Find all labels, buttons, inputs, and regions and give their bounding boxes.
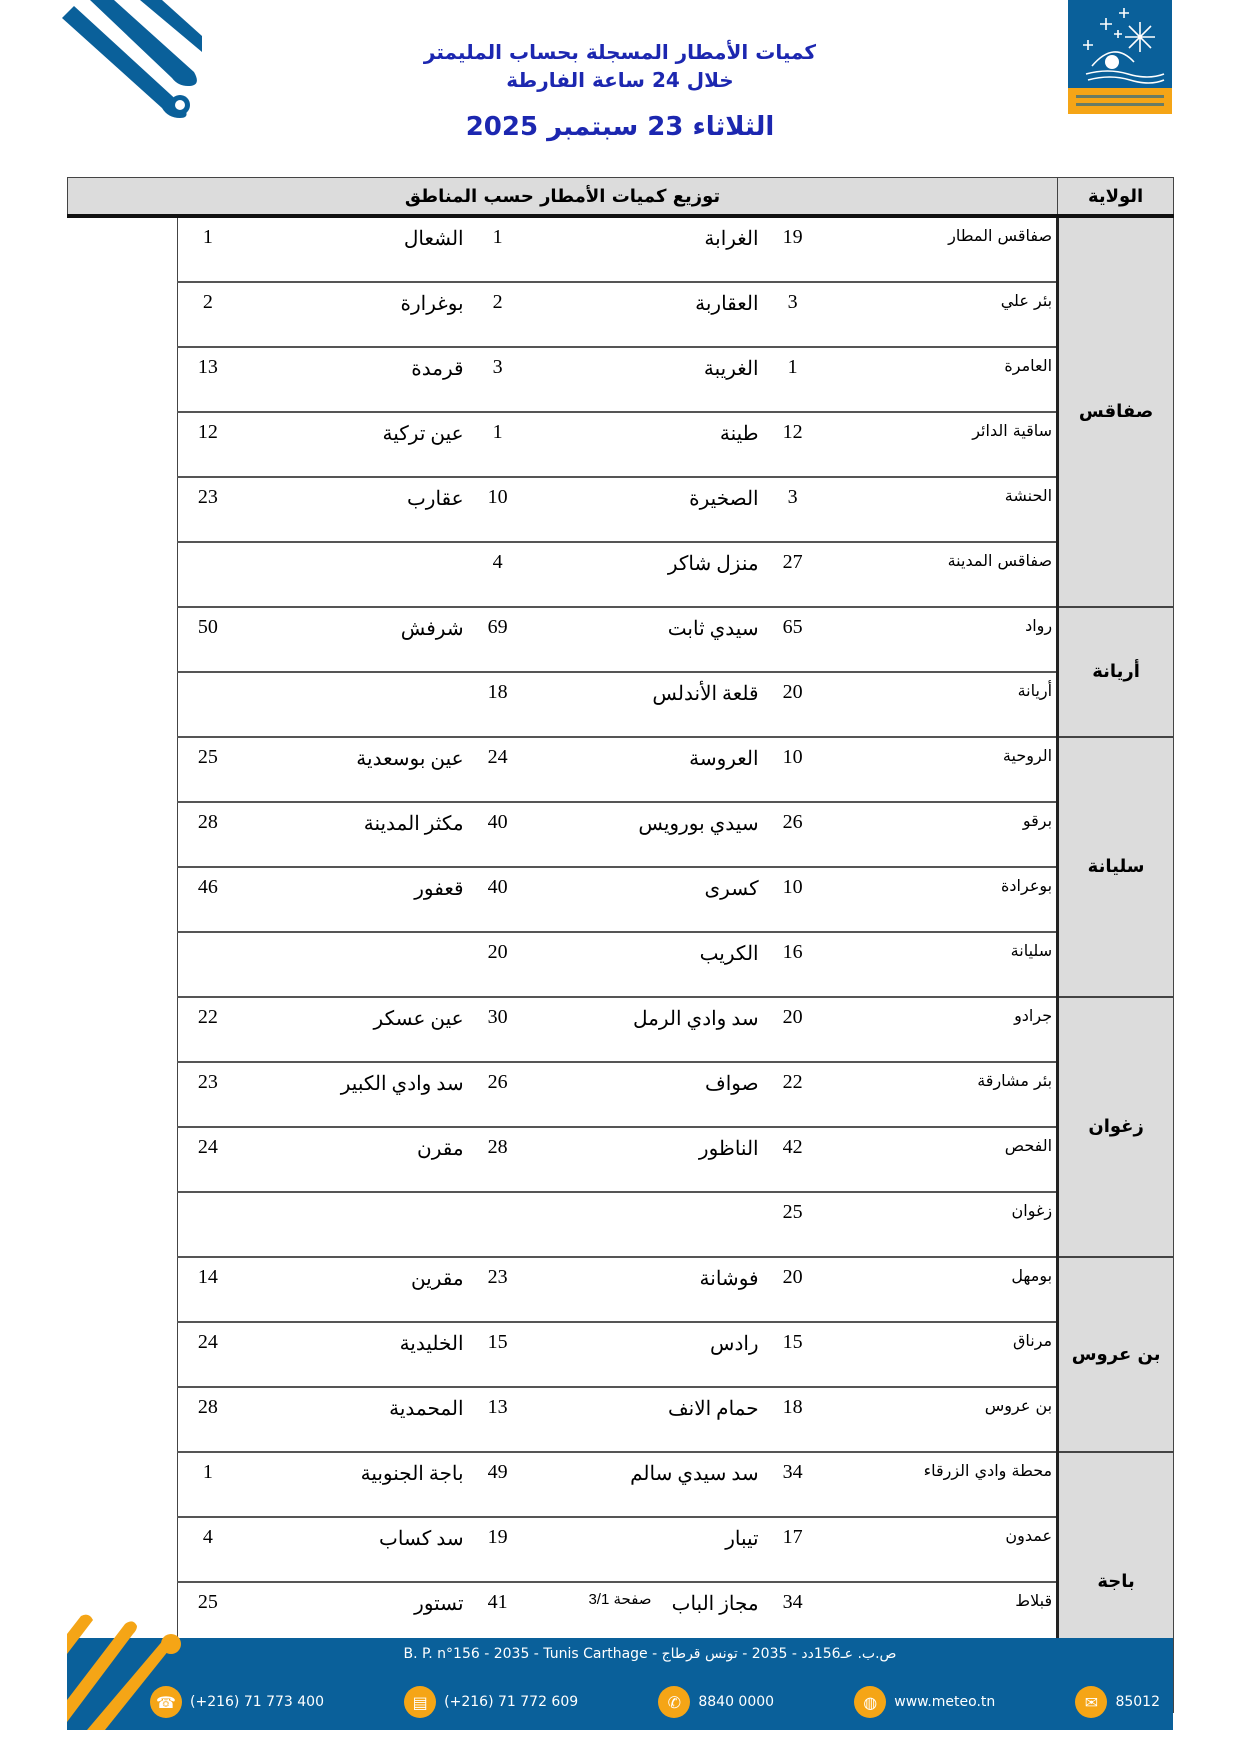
rainfall-value: 20 bbox=[468, 932, 528, 997]
station-name: بومهل bbox=[823, 1257, 1058, 1322]
rainfall-value: 23 bbox=[178, 1062, 238, 1127]
rainfall-value: 69 bbox=[468, 607, 528, 672]
rainfall-value: 26 bbox=[763, 802, 823, 867]
station-name: الكريب bbox=[528, 932, 763, 997]
station-name: عين بوسعدية bbox=[238, 737, 468, 802]
rainfall-value bbox=[178, 672, 238, 737]
rainfall-value: 19 bbox=[468, 1517, 528, 1582]
station-name: عين عسكر bbox=[238, 997, 468, 1062]
station-name: الغريبة bbox=[528, 347, 763, 412]
sms-icon: ✉ bbox=[1075, 1686, 1107, 1718]
contact-text[interactable]: www.meteo.tn bbox=[894, 1694, 995, 1710]
governorate-column-header: الولاية bbox=[1058, 178, 1174, 217]
rainfall-value: 42 bbox=[763, 1127, 823, 1192]
table-row: بن عروس18حمام الانف13المحمدية28 bbox=[68, 1387, 1174, 1452]
rainfall-value: 12 bbox=[763, 412, 823, 477]
station-name: سد وادي الكبير bbox=[238, 1062, 468, 1127]
table-row: برقو26سيدي بورويس40مكثر المدينة28 bbox=[68, 802, 1174, 867]
station-name: العروسة bbox=[528, 737, 763, 802]
governorate-cell: سليانة bbox=[1058, 737, 1174, 997]
rainfall-value: 3 bbox=[763, 282, 823, 347]
station-name: شرفش bbox=[238, 607, 468, 672]
table-row: بئر علي3العقاربة2بوغرارة2 bbox=[68, 282, 1174, 347]
station-name: جرادو bbox=[823, 997, 1058, 1062]
station-name bbox=[528, 1192, 763, 1257]
rainfall-value: 49 bbox=[468, 1452, 528, 1517]
title-line-1: كميات الأمطار المسجلة بحساب المليمتر bbox=[300, 38, 940, 66]
governorate-cell: زغوان bbox=[1058, 997, 1174, 1257]
station-name: الفحص bbox=[823, 1127, 1058, 1192]
station-name: المحمدية bbox=[238, 1387, 468, 1452]
rainfall-value: 10 bbox=[763, 737, 823, 802]
station-name: العقاربة bbox=[528, 282, 763, 347]
rainfall-value: 19 bbox=[763, 216, 823, 282]
station-name: سد كساب bbox=[238, 1517, 468, 1582]
rainfall-value: 15 bbox=[763, 1322, 823, 1387]
station-name: الخليدية bbox=[238, 1322, 468, 1387]
station-name: بئر مشارقة bbox=[823, 1062, 1058, 1127]
station-name: قعفور bbox=[238, 867, 468, 932]
phone-icon: ☎ bbox=[150, 1686, 182, 1718]
rainfall-value: 26 bbox=[468, 1062, 528, 1127]
table-row: الفحص42الناظور28مقرن24 bbox=[68, 1127, 1174, 1192]
station-name: الصخيرة bbox=[528, 477, 763, 542]
rainfall-value: 34 bbox=[763, 1452, 823, 1517]
station-name: فوشانة bbox=[528, 1257, 763, 1322]
rainfall-value: 65 bbox=[763, 607, 823, 672]
footer-contacts: ☎(+216) 71 773 400▤(+216) 71 772 609✆884… bbox=[150, 1682, 1160, 1722]
rainfall-value: 50 bbox=[178, 607, 238, 672]
table-row: مرناق15رادس15الخليدية24 bbox=[68, 1322, 1174, 1387]
station-name: مقرين bbox=[238, 1257, 468, 1322]
station-name: أريانة bbox=[823, 672, 1058, 737]
station-name: رواد bbox=[823, 607, 1058, 672]
station-name: سد وادي الرمل bbox=[528, 997, 763, 1062]
station-name: بوعرادة bbox=[823, 867, 1058, 932]
rainfall-value: 1 bbox=[468, 412, 528, 477]
station-name: قلعة الأندلس bbox=[528, 672, 763, 737]
contact-item: ▤(+216) 71 772 609 bbox=[404, 1686, 578, 1718]
station-name: الناظور bbox=[528, 1127, 763, 1192]
station-name: صواف bbox=[528, 1062, 763, 1127]
rainfall-value: 23 bbox=[468, 1257, 528, 1322]
rainfall-value: 22 bbox=[763, 1062, 823, 1127]
rainfall-value: 23 bbox=[178, 477, 238, 542]
rainfall-value: 10 bbox=[468, 477, 528, 542]
table-row: صفاقس المدينة27منزل شاكر4 bbox=[68, 542, 1174, 607]
rainfall-value: 24 bbox=[468, 737, 528, 802]
rainfall-value: 18 bbox=[468, 672, 528, 737]
rainfall-value: 17 bbox=[763, 1517, 823, 1582]
station-name: منزل شاكر bbox=[528, 542, 763, 607]
governorate-cell: أريانة bbox=[1058, 607, 1174, 737]
station-name: برقو bbox=[823, 802, 1058, 867]
rainfall-value: 2 bbox=[178, 282, 238, 347]
table-header-row: الولاية توزيع كميات الأمطار حسب المناطق bbox=[68, 178, 1174, 217]
rainfall-value: 13 bbox=[178, 347, 238, 412]
contact-text: (+216) 71 773 400 bbox=[190, 1694, 324, 1710]
station-name: ساقية الدائر bbox=[823, 412, 1058, 477]
table-row: زغوانجرادو20سد وادي الرمل30عين عسكر22 bbox=[68, 997, 1174, 1062]
rainfall-value: 25 bbox=[178, 737, 238, 802]
rainfall-value: 1 bbox=[178, 216, 238, 282]
station-name: سيدي ثابت bbox=[528, 607, 763, 672]
station-name bbox=[238, 672, 468, 737]
station-name: الغرابة bbox=[528, 216, 763, 282]
station-name: محطة وادي الزرقاء bbox=[823, 1452, 1058, 1517]
station-name: مكثر المدينة bbox=[238, 802, 468, 867]
rainfall-value: 12 bbox=[178, 412, 238, 477]
rainfall-value: 24 bbox=[178, 1322, 238, 1387]
station-name: الحنشة bbox=[823, 477, 1058, 542]
rainfall-value bbox=[178, 542, 238, 607]
station-name: عمدون bbox=[823, 1517, 1058, 1582]
table-row: العامرة1الغريبة3قرمدة13 bbox=[68, 347, 1174, 412]
station-name: صفاقس المدينة bbox=[823, 542, 1058, 607]
station-name: كسرى bbox=[528, 867, 763, 932]
contact-item: ✉85012 bbox=[1075, 1686, 1160, 1718]
fax-icon: ▤ bbox=[404, 1686, 436, 1718]
station-name: تيبار bbox=[528, 1517, 763, 1582]
contact-item: ✆8840 0000 bbox=[658, 1686, 774, 1718]
inm-emblem-icon bbox=[1068, 0, 1172, 114]
table-row: أريانةرواد65سيدي ثابت69شرفش50 bbox=[68, 607, 1174, 672]
station-name bbox=[238, 932, 468, 997]
station-name: مقرن bbox=[238, 1127, 468, 1192]
rainfall-value: 1 bbox=[763, 347, 823, 412]
station-name: قرمدة bbox=[238, 347, 468, 412]
station-name: زغوان bbox=[823, 1192, 1058, 1257]
rainfall-value: 16 bbox=[763, 932, 823, 997]
rainfall-value: 40 bbox=[468, 802, 528, 867]
rainfall-value: 30 bbox=[468, 997, 528, 1062]
report-title: كميات الأمطار المسجلة بحساب المليمتر خلا… bbox=[300, 38, 940, 94]
globe-icon: ◍ bbox=[854, 1686, 886, 1718]
contact-text: 85012 bbox=[1115, 1694, 1160, 1710]
station-name: طينة bbox=[528, 412, 763, 477]
distribution-column-header: توزيع كميات الأمطار حسب المناطق bbox=[68, 178, 1058, 217]
rainfall-value: 40 bbox=[468, 867, 528, 932]
table-row: صفاقسصفاقس المطار19الغرابة1الشعال1 bbox=[68, 216, 1174, 282]
rainfall-value: 13 bbox=[468, 1387, 528, 1452]
rainfall-value: 46 bbox=[178, 867, 238, 932]
rainfall-value: 2 bbox=[468, 282, 528, 347]
table-row: بئر مشارقة22صواف26سد وادي الكبير23 bbox=[68, 1062, 1174, 1127]
station-name: عين تركية bbox=[238, 412, 468, 477]
rainfall-value: 1 bbox=[468, 216, 528, 282]
rainfall-value: 1 bbox=[178, 1452, 238, 1517]
inm-logo bbox=[1068, 0, 1172, 114]
table-row: زغوان25 bbox=[68, 1192, 1174, 1257]
title-line-2: خلال 24 ساعة الفارطة bbox=[300, 66, 940, 94]
station-name: عقارب bbox=[238, 477, 468, 542]
contact-item: ☎(+216) 71 773 400 bbox=[150, 1686, 324, 1718]
station-name: الروحية bbox=[823, 737, 1058, 802]
footer-address: B. P. n°156 - 2035 - Tunis Carthage - ص.… bbox=[200, 1646, 1100, 1662]
table-row: الحنشة3الصخيرة10عقارب23 bbox=[68, 477, 1174, 542]
rainfall-value bbox=[178, 932, 238, 997]
table-row: أريانة20قلعة الأندلس18 bbox=[68, 672, 1174, 737]
rainfall-value: 28 bbox=[178, 802, 238, 867]
rainfall-value: 28 bbox=[178, 1387, 238, 1452]
contact-text: 8840 0000 bbox=[698, 1694, 774, 1710]
page-number: صفحة 3/1 bbox=[520, 1590, 720, 1608]
hotline-icon: ✆ bbox=[658, 1686, 690, 1718]
rainfall-table: الولاية توزيع كميات الأمطار حسب المناطق … bbox=[67, 177, 1174, 1713]
governorate-cell: صفاقس bbox=[1058, 216, 1174, 607]
rainfall-value: 20 bbox=[763, 997, 823, 1062]
rainfall-value: 24 bbox=[178, 1127, 238, 1192]
station-name: مرناق bbox=[823, 1322, 1058, 1387]
table-row: ساقية الدائر12طينة1عين تركية12 bbox=[68, 412, 1174, 477]
station-name: بئر علي bbox=[823, 282, 1058, 347]
table-row: باجةمحطة وادي الزرقاء34سد سيدي سالم49باج… bbox=[68, 1452, 1174, 1517]
table-row: عمدون17تيبار19سد كساب4 bbox=[68, 1517, 1174, 1582]
table-body: صفاقسصفاقس المطار19الغرابة1الشعال1بئر عل… bbox=[68, 216, 1174, 1712]
rainfall-value: 28 bbox=[468, 1127, 528, 1192]
station-name: بن عروس bbox=[823, 1387, 1058, 1452]
rainfall-value: 20 bbox=[763, 1257, 823, 1322]
rainfall-value bbox=[468, 1192, 528, 1257]
report-date: الثلاثاء 23 سبتمبر 2025 bbox=[300, 112, 940, 142]
decorative-stripes-icon bbox=[62, 0, 202, 118]
rainfall-value: 14 bbox=[178, 1257, 238, 1322]
rainfall-value: 3 bbox=[468, 347, 528, 412]
table-row: سليانة16الكريب20 bbox=[68, 932, 1174, 997]
station-name: باجة الجنوبية bbox=[238, 1452, 468, 1517]
rainfall-value: 4 bbox=[468, 542, 528, 607]
rainfall-value: 20 bbox=[763, 672, 823, 737]
rainfall-value: 3 bbox=[763, 477, 823, 542]
rainfall-value: 18 bbox=[763, 1387, 823, 1452]
station-name: سد سيدي سالم bbox=[528, 1452, 763, 1517]
station-name: صفاقس المطار bbox=[823, 216, 1058, 282]
table-row: بوعرادة10كسرى40قعفور46 bbox=[68, 867, 1174, 932]
station-name: رادس bbox=[528, 1322, 763, 1387]
station-name: سليانة bbox=[823, 932, 1058, 997]
rainfall-value: 4 bbox=[178, 1517, 238, 1582]
station-name bbox=[238, 542, 468, 607]
table-row: سليانةالروحية10العروسة24عين بوسعدية25 bbox=[68, 737, 1174, 802]
station-name: حمام الانف bbox=[528, 1387, 763, 1452]
rainfall-value: 15 bbox=[468, 1322, 528, 1387]
station-name: الشعال bbox=[238, 216, 468, 282]
station-name: بوغرارة bbox=[238, 282, 468, 347]
station-name bbox=[238, 1192, 468, 1257]
contact-item: ◍www.meteo.tn bbox=[854, 1686, 995, 1718]
station-name: العامرة bbox=[823, 347, 1058, 412]
rainfall-value: 22 bbox=[178, 997, 238, 1062]
station-name: سيدي بورويس bbox=[528, 802, 763, 867]
rainfall-value bbox=[178, 1192, 238, 1257]
rainfall-value: 27 bbox=[763, 542, 823, 607]
governorate-cell: بن عروس bbox=[1058, 1257, 1174, 1452]
table-row: بن عروسبومهل20فوشانة23مقرين14 bbox=[68, 1257, 1174, 1322]
contact-text: (+216) 71 772 609 bbox=[444, 1694, 578, 1710]
rainfall-value: 25 bbox=[763, 1192, 823, 1257]
rainfall-value: 10 bbox=[763, 867, 823, 932]
